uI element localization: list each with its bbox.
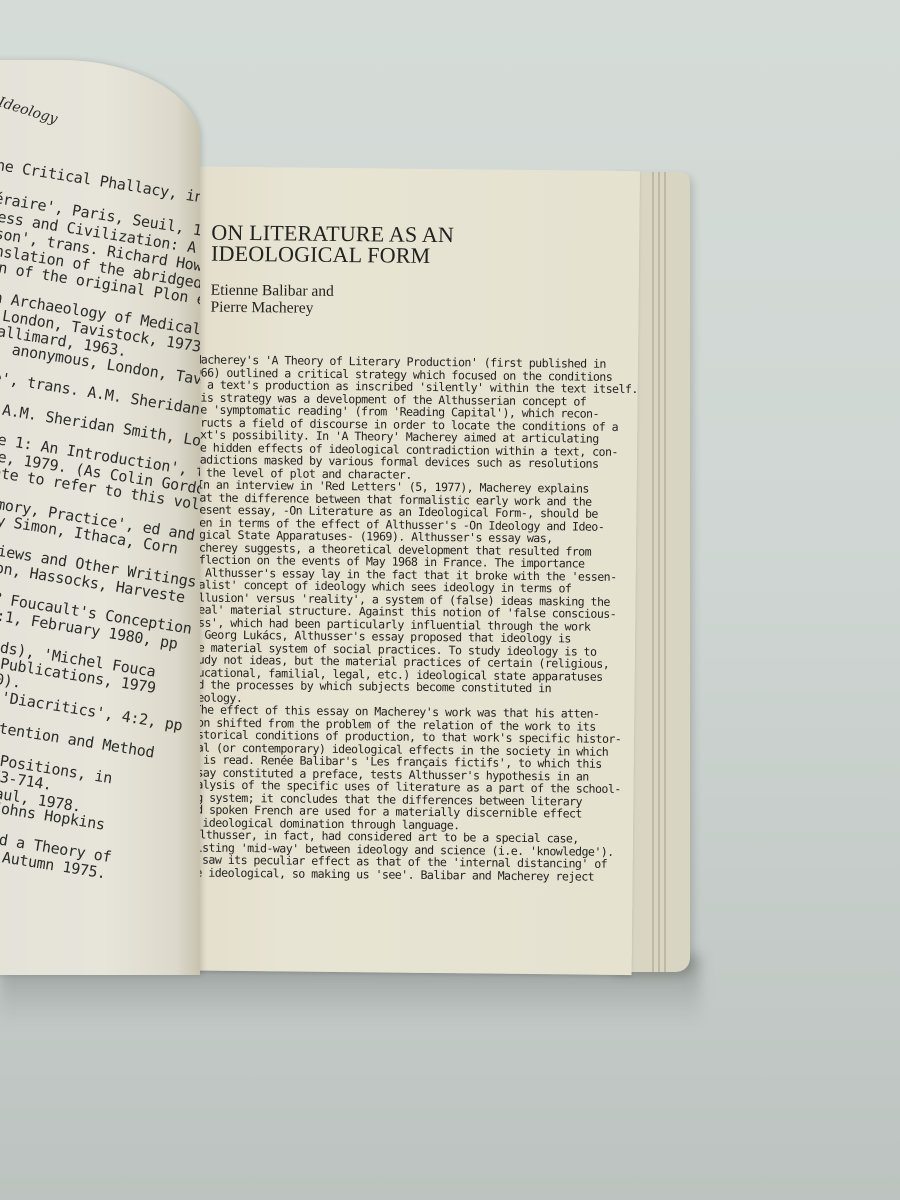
body-line: the ideological, so making us 'see'. Bal… xyxy=(183,866,603,883)
chapter-heading: 4 ON LITERATURE AS AN IDEOLOGICAL FORM xyxy=(189,221,609,267)
body-text: [Macherey's 'A Theory of Literary Produc… xyxy=(183,353,608,882)
author-line: Pierre Macherey xyxy=(210,299,608,320)
page-edge-line xyxy=(652,172,654,972)
right-page: 4 ON LITERATURE AS AN IDEOLOGICAL FORM E… xyxy=(142,166,640,975)
page-edge-line xyxy=(664,172,666,972)
page-edge-line xyxy=(658,172,660,972)
authors: Etienne Balibar and Pierre Macherey xyxy=(210,282,608,320)
photo-scene: 4 ON LITERATURE AS AN IDEOLOGICAL FORM E… xyxy=(0,0,900,1200)
left-page: Ideology The Critical Phallacy, in 'Diac… xyxy=(0,60,200,975)
chapter-title: ON LITERATURE AS AN IDEOLOGICAL FORM xyxy=(211,222,454,267)
chapter-title-line: IDEOLOGICAL FORM xyxy=(211,243,454,267)
right-page-content: 4 ON LITERATURE AS AN IDEOLOGICAL FORM E… xyxy=(183,221,610,882)
running-head: Ideology xyxy=(0,94,59,127)
bibliography-text: Ideology The Critical Phallacy, in 'Diac… xyxy=(0,60,200,99)
